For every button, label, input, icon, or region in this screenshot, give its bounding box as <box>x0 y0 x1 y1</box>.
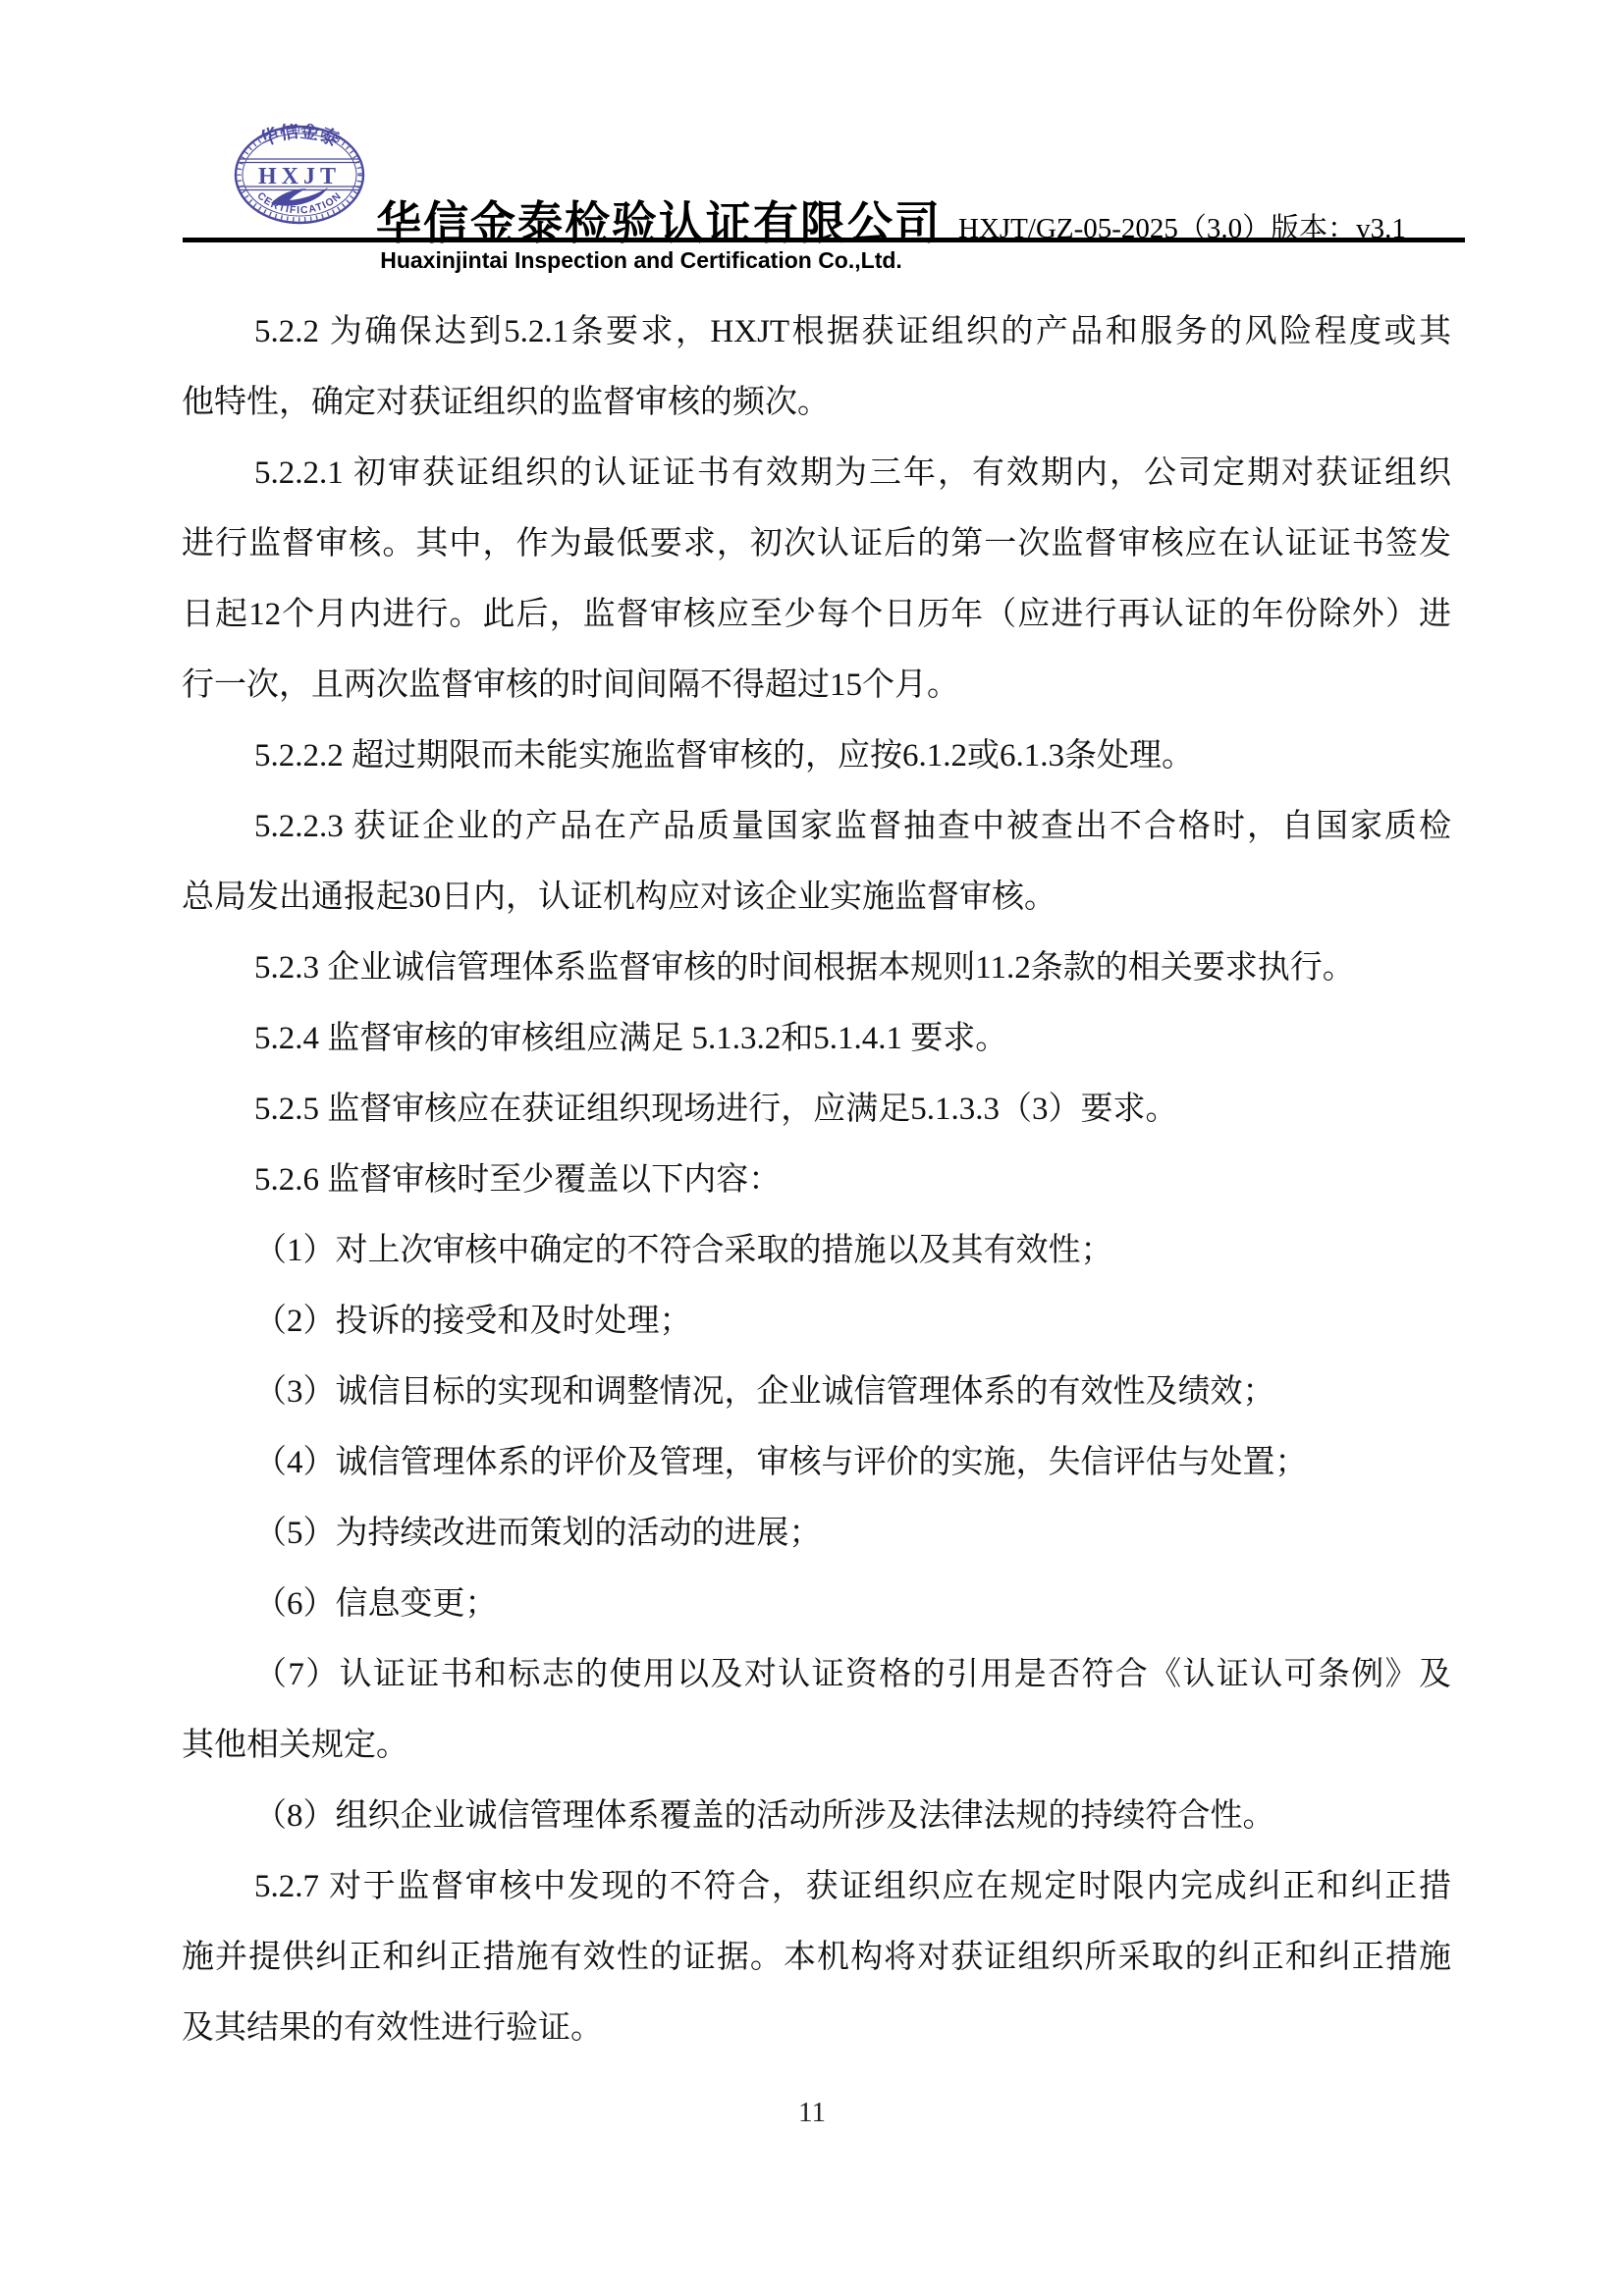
text-line: 施并提供纠正和纠正措施有效性的证据。本机构将对获证组织所采取的纠正和纠正措施 <box>182 1922 1451 1993</box>
seal-arc-top-text: 华信金泰 <box>256 124 342 151</box>
text-line: 其他相关规定。 <box>182 1710 1451 1781</box>
text-line: （7）认证证书和标志的使用以及对认证资格的引用是否符合《认证认可条例》及 <box>182 1639 1451 1710</box>
text-line: （1）对上次审核中确定的不符合采取的措施以及其有效性； <box>182 1215 1451 1286</box>
text-line: （2）投诉的接受和及时处理； <box>182 1286 1451 1357</box>
text-line: （5）为持续改进而策划的活动的进展； <box>182 1498 1451 1569</box>
text-line: （4）诚信管理体系的评价及管理，审核与评价的实施，失信评估与处置； <box>182 1427 1451 1498</box>
text-line: 进行监督审核。其中，作为最低要求，初次认证后的第一次监督审核应在认证证书签发 <box>182 508 1451 579</box>
text-line: 5.2.5 监督审核应在获证组织现场进行，应满足5.1.3.3（3）要求。 <box>182 1074 1451 1145</box>
text-line: 他特性，确定对获证组织的监督审核的频次。 <box>182 367 1451 438</box>
header-rule <box>183 238 1465 242</box>
text-line: 日起12个月内进行。此后，监督审核应至少每个日历年（应进行再认证的年份除外）进 <box>182 579 1451 650</box>
text-line: 5.2.2.2 超过期限而未能实施监督审核的，应按6.1.2或6.1.3条处理。 <box>182 721 1451 791</box>
text-line: 总局发出通报起30日内，认证机构应对该企业实施监督审核。 <box>182 862 1451 933</box>
text-line: 行一次，且两次监督审核的时间间隔不得超过15个月。 <box>182 650 1451 721</box>
text-line: 5.2.2.3 获证企业的产品在产品质量国家监督抽查中被查出不合格时，自国家质检 <box>182 791 1451 862</box>
text-line: （6）信息变更； <box>182 1569 1451 1639</box>
page-number: 11 <box>0 2097 1624 2129</box>
text-line: 5.2.7 对于监督审核中发现的不符合，获证组织应在规定时限内完成纠正和纠正措 <box>182 1851 1451 1922</box>
text-line: 5.2.2 为确保达到5.2.1条要求，HXJT根据获证组织的产品和服务的风险程… <box>182 296 1451 367</box>
text-line: （3）诚信目标的实现和调整情况，企业诚信管理体系的有效性及绩效； <box>182 1357 1451 1427</box>
document-body-text: 5.2.2 为确保达到5.2.1条要求，HXJT根据获证组织的产品和服务的风险程… <box>182 296 1451 2063</box>
text-line: 及其结果的有效性进行验证。 <box>182 1993 1451 2063</box>
company-seal-logo: 华信金泰 HXJT CERTIFICATION <box>232 124 367 226</box>
text-line: 5.2.4 监督审核的审核组应满足 5.1.3.2和5.1.4.1 要求。 <box>182 1003 1451 1074</box>
company-name-zh: 华信金泰检验认证有限公司 <box>376 187 926 252</box>
text-line: （8）组织企业诚信管理体系覆盖的活动所涉及法律法规的持续符合性。 <box>182 1781 1451 1851</box>
text-line: 5.2.2.1 初审获证组织的认证证书有效期为三年，有效期内，公司定期对获证组织 <box>182 438 1451 508</box>
company-name-en: Huaxinjintai Inspection and Certificatio… <box>376 247 906 274</box>
seal-band-text: HXJT <box>258 164 341 189</box>
document-page: 华信金泰 HXJT CERTIFICATION 华信金泰检验认证有限公司 HXJ… <box>0 0 1624 2296</box>
text-line: 5.2.3 企业诚信管理体系监督审核的时间根据本规则11.2条款的相关要求执行。 <box>182 933 1451 1003</box>
text-line: 5.2.6 监督审核时至少覆盖以下内容： <box>182 1145 1451 1215</box>
